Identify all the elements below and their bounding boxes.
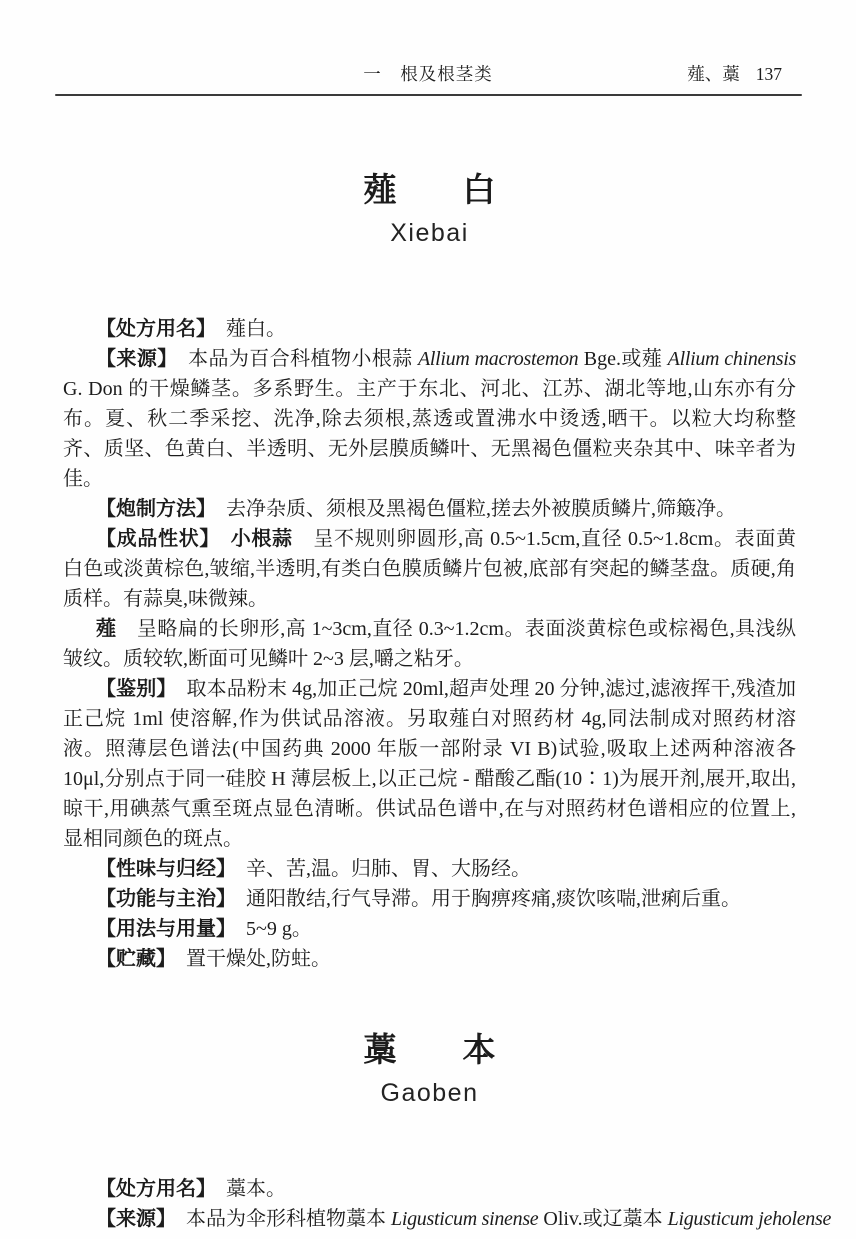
running-head-right: 薤、藁137 xyxy=(493,61,800,86)
running-head: 一 根及根茎类 薤、藁137 xyxy=(56,61,800,86)
text-run: 本品为伞形科植物藁本 xyxy=(166,1208,391,1230)
text-run: Bge.或薤 xyxy=(578,348,667,370)
page-number: 137 xyxy=(756,64,782,84)
paragraph: 【用法与用量】 5~9 g。 xyxy=(63,914,796,944)
running-head-entry-names: 薤、藁 xyxy=(687,64,740,84)
text-run: 薤白。 xyxy=(206,318,286,340)
text-run: Oliv.或辽藁本 xyxy=(538,1208,667,1230)
article-pinyin-xiebai: Xiebai xyxy=(63,218,796,248)
paragraph: 【处方用名】 藁本。 xyxy=(63,1174,796,1204)
text-run: 通阳散结,行气导滞。用于胸痹疼痛,痰饮咳喘,泄痢后重。 xyxy=(226,888,741,910)
scanned-book-page: 一 根及根茎类 薤、藁137 薤 白Xiebai【处方用名】 薤白。【来源】 本… xyxy=(0,0,856,1239)
text-run: 本品为百合科植物小根蒜 xyxy=(168,348,418,370)
paragraph: 【来源】 本品为伞形科植物藁本 Ligusticum sinense Oliv.… xyxy=(63,1204,796,1234)
paragraph: 薤 呈略扁的长卵形,高 1~3cm,直径 0.3~1.2cm。表面淡黄棕色或棕褐… xyxy=(63,614,796,674)
section-label: 【炮制方法】 xyxy=(96,498,206,520)
text-run: 5~9 g。 xyxy=(226,918,312,940)
paragraph: 【处方用名】 薤白。 xyxy=(63,314,796,344)
text-run: 呈略扁的长卵形,高 1~3cm,直径 0.3~1.2cm。表面淡黄棕色或棕褐色,… xyxy=(63,618,796,670)
section-label: 【处方用名】 xyxy=(96,1178,206,1200)
section-label: 【鉴别】 xyxy=(96,678,166,700)
text-run: 藁本。 xyxy=(206,1178,286,1200)
running-head-section-title: 一 根及根茎类 xyxy=(363,61,493,86)
latin-botanical-name: Allium macrostemon xyxy=(418,348,578,370)
text-run: 取本品粉末 4g,加正己烷 20ml,超声处理 20 分钟,滤过,滤液挥干,残渣… xyxy=(63,678,796,850)
paragraph: 【炮制方法】 去净杂质、须根及黑褐色僵粒,搓去外被膜质鳞片,筛簸净。 xyxy=(63,494,796,524)
article-gaoben: 藁 本Gaoben【处方用名】 藁本。【来源】 本品为伞形科植物藁本 Ligus… xyxy=(63,1030,796,1234)
section-label: 薤 xyxy=(96,618,116,640)
article-title-xiebai: 薤 白 xyxy=(63,170,796,210)
section-label: 【成品性状】 xyxy=(96,528,210,550)
latin-botanical-name: Ligusticum jeholense xyxy=(668,1208,831,1230)
articles: 薤 白Xiebai【处方用名】 薤白。【来源】 本品为百合科植物小根蒜 Alli… xyxy=(63,170,796,1234)
section-label: 【用法与用量】 xyxy=(96,918,226,940)
paragraph: 【来源】 本品为百合科植物小根蒜 Allium macrostemon Bge.… xyxy=(63,344,796,494)
latin-botanical-name: Allium chinensis xyxy=(668,348,796,370)
article-paragraphs-gaoben: 【处方用名】 藁本。【来源】 本品为伞形科植物藁本 Ligusticum sin… xyxy=(63,1174,796,1234)
text-run: 辛、苦,温。归肺、胃、大肠经。 xyxy=(226,858,531,880)
paragraph: 【性味与归经】 辛、苦,温。归肺、胃、大肠经。 xyxy=(63,854,796,884)
text-run xyxy=(210,528,231,550)
paragraph: 【鉴别】 取本品粉末 4g,加正己烷 20ml,超声处理 20 分钟,滤过,滤液… xyxy=(63,674,796,854)
text-run: 去净杂质、须根及黑褐色僵粒,搓去外被膜质鳞片,筛簸净。 xyxy=(206,498,736,520)
text-run: G. Don 的干燥鳞茎。多系野生。主产于东北、河北、江苏、湖北等地,山东亦有分… xyxy=(63,378,796,490)
latin-botanical-name: Ligusticum sinense xyxy=(391,1208,538,1230)
article-pinyin-gaoben: Gaoben xyxy=(63,1078,796,1108)
section-label: 【来源】 xyxy=(96,348,168,370)
article-xiebai: 薤 白Xiebai【处方用名】 薤白。【来源】 本品为百合科植物小根蒜 Alli… xyxy=(63,170,796,974)
header-rule xyxy=(55,94,802,96)
paragraph: 【成品性状】 小根蒜 呈不规则卵圆形,高 0.5~1.5cm,直径 0.5~1.… xyxy=(63,524,796,614)
paragraph: 【功能与主治】 通阳散结,行气导滞。用于胸痹疼痛,痰饮咳喘,泄痢后重。 xyxy=(63,884,796,914)
section-label: 【贮藏】 xyxy=(96,948,166,970)
text-run: 置干燥处,防蛀。 xyxy=(166,948,331,970)
section-label: 小根蒜 xyxy=(231,528,293,550)
article-paragraphs-xiebai: 【处方用名】 薤白。【来源】 本品为百合科植物小根蒜 Allium macros… xyxy=(63,314,796,974)
section-label: 【处方用名】 xyxy=(96,318,206,340)
section-label: 【功能与主治】 xyxy=(96,888,226,910)
section-label: 【来源】 xyxy=(96,1208,166,1230)
paragraph: 【贮藏】 置干燥处,防蛀。 xyxy=(63,944,796,974)
section-label: 【性味与归经】 xyxy=(96,858,226,880)
article-title-gaoben: 藁 本 xyxy=(63,1030,796,1070)
